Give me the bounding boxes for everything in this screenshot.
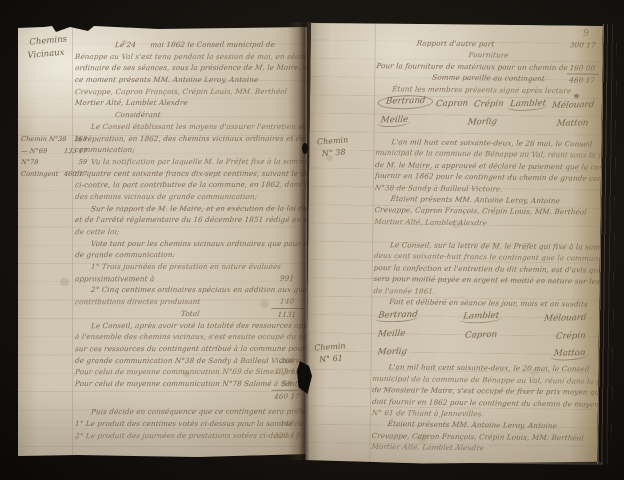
signature-name: Morlig [467, 117, 497, 128]
signature-name: Bertrand [385, 96, 426, 107]
signature-name: Crépin [556, 332, 587, 343]
manuscript-line: de cette loi; [75, 226, 305, 238]
manuscript-line-text: ci-contre, la part contributive de la co… [75, 179, 307, 191]
manuscript-line-text: Puis décide en conséquence que ce contin… [91, 406, 307, 418]
manuscript-line: contributions directes produisant 140 [75, 296, 305, 308]
manuscript-line: 2° Le produit des journées de prestation… [75, 429, 305, 441]
amount-value: 140 [271, 296, 304, 308]
margin-note-chemins-vicinaux: Chemins Vicinaux [29, 33, 69, 62]
manuscript-line: Total 1131 [75, 308, 305, 320]
amount-value: 320 17 [271, 429, 304, 441]
margin-note-line: N° 61 [319, 350, 372, 366]
manuscript-line: Mortier Alté, Lamblet Alexdre [75, 97, 305, 109]
signature: Matton [553, 118, 592, 130]
margin-note-chemin-38: Chemin N° 38 [317, 132, 375, 160]
manuscript-line-text: ce moment présents MM. Antoine Leroy, An… [74, 74, 258, 86]
signature-name: Meille [377, 329, 406, 340]
manuscript-line-text: de grande communication N°38 de Sandy à … [74, 355, 301, 367]
manuscript-line: à l'ensemble des chemins vicinaux, s'est… [75, 331, 305, 343]
signature-name: Meille [380, 115, 409, 126]
margin-table-label: N°78 [21, 157, 39, 169]
manuscript-line: ci-contre, la part contributive de la co… [75, 179, 305, 191]
manuscript-line-text: Étant les membres présents signé après l… [392, 83, 572, 96]
manuscript-line-text: Vu la notification par laquelle M. le Pr… [91, 156, 307, 168]
manuscript-line: Puis décide en conséquence que ce contin… [75, 406, 305, 418]
signature: Bertrand [377, 95, 434, 110]
manuscript-line-text: de l'année 1861. [373, 285, 436, 297]
manuscript-line: Crevappe, Capron François, Crépin Louis,… [75, 86, 305, 98]
amount-value: 1131 [270, 308, 303, 321]
margin-table-label: Chemin N°38 [21, 134, 67, 146]
margin-note-chemin-61: Chemin N° 61 [314, 338, 372, 366]
manuscript-line: Le Conseil établissant les moyens d'assu… [75, 121, 305, 133]
margin-rule [72, 26, 73, 457]
manuscript-line-text: 1° Trois journées de prestation en natur… [90, 261, 281, 273]
signature: Crépin [470, 99, 507, 111]
signature: Meille [374, 329, 409, 341]
manuscript-line-text: approximativement à [75, 273, 155, 285]
signature: Mélouard [540, 313, 590, 325]
manuscript-line: la réparation, en 1862, des chemins vici… [75, 132, 305, 144]
signature: Capron [461, 330, 501, 342]
manuscript-line-text: Le 24 mai 1862 le Conseil municipal de [115, 39, 276, 51]
deliberation-chemin-38-suite: Le Conseil, sur la lettre de M. le Préfe… [373, 239, 598, 310]
manuscript-line: sur ces ressources du contingent attribu… [75, 343, 305, 355]
signature-name: Matton [554, 349, 587, 360]
amount-value: 268 [270, 355, 303, 367]
manuscript-line-text: Crevappe, Capron François, Crépin Louis,… [75, 86, 288, 98]
signature-name: Morlig [377, 347, 407, 358]
manuscript-line: Sur le rapport de M. le Maire, et en exé… [75, 202, 305, 214]
signature-name: Capron [464, 330, 497, 341]
manuscript-line: ordinaire de ses séances, sous la présid… [75, 62, 305, 74]
manuscript-line-text: Vote tant pour les chemins vicinaux ordi… [90, 238, 307, 250]
manuscript-line-text: Bénappe au Val s'est tenu pendant la ses… [74, 51, 307, 63]
manuscript-line-text: Mortier Alté, Lamblet Alexdre [374, 216, 488, 229]
manuscript-line: approximativement à 991 [75, 273, 305, 285]
margin-note-line: N° 38 [321, 144, 374, 160]
archival-scan: Chemins Vicinaux Chemin N°38 268 — N°69 … [0, 0, 624, 480]
manuscript-line-text: sur ces ressources du contingent attribu… [75, 343, 307, 355]
manuscript-line: de grande communication N°38 de Sandy à … [75, 355, 305, 367]
manuscript-line-text: Le Conseil établissant les moyens d'assu… [90, 121, 306, 133]
manuscript-line: 1° Le produit des centimes votés ci-dess… [75, 418, 305, 430]
manuscript-line: de grande communication: [75, 249, 305, 261]
amount-value: 460 17 [270, 389, 303, 402]
margin-table-label: Contingent [21, 169, 59, 181]
amount-value: 140 [270, 418, 303, 430]
signature-name: Capron [436, 98, 469, 109]
deliberation-chemin-61: L'an mil huit cent soixante-deux, le 20 … [371, 361, 596, 455]
signature: Meille [377, 115, 412, 128]
manuscript-line-text: et de l'arrêté réglementaire du 16 décem… [74, 214, 307, 226]
carryover-block: Rapport d'autre part 300 17 Fourniture P… [376, 37, 601, 97]
signature-name: Crépin [474, 99, 505, 110]
signature-name: Mélouard [551, 100, 594, 111]
manuscript-line: Le Conseil, après avoir voté la totalité… [75, 319, 305, 331]
signature: Crépin [553, 331, 590, 343]
page-nick [302, 143, 308, 154]
signature-name: Lamblet [462, 311, 499, 322]
manuscript-line: et de l'arrêté réglementaire du 16 décem… [75, 214, 305, 226]
manuscript-line-text: Mortier Alté, Lamblet Alexdre [371, 441, 485, 454]
manuscript-line-text: Somme pareille au contingent [431, 72, 545, 85]
manuscript-line-text: Sur le rapport de M. le Maire, et en exé… [91, 202, 307, 214]
signature: Morlig [464, 117, 501, 129]
manuscript-line: de quatre cent soixante francs dix-sept … [75, 168, 305, 180]
manuscript-line: Mortier Alté, Lamblet Alexdre [374, 216, 598, 230]
manuscript-line-text: de grande communication: [75, 249, 176, 261]
signature: Lamblet [459, 311, 502, 324]
right-page-text: Rapport d'autre part 300 17 Fourniture P… [371, 37, 600, 455]
signature-name: Mélouard [543, 313, 586, 324]
deliberation-chemin-38: L'an mil huit cent soixante-deux, le 26 … [374, 136, 599, 230]
manuscript-line-text: contributions directes produisant [75, 296, 201, 308]
amount-value: 991 [271, 273, 304, 285]
signature-name: Bertrand [378, 310, 419, 321]
manuscript-line-text: Mortier Alté, Lamblet Alexdre [74, 97, 188, 109]
manuscript-line-text: des chemins vicinaux de grande communica… [74, 191, 257, 203]
manuscript-line: Considérant [75, 109, 305, 121]
manuscript-line: Le 24 mai 1862 le Conseil municipal de [75, 39, 305, 51]
signature: Bertrand [374, 310, 421, 323]
manuscript-line: 2° Cinq centimes ordinaires spéciaux en … [75, 284, 305, 296]
register-right-page: 9 Chemin N° 38 Chemin N° 61 Rapport d'au… [305, 22, 603, 466]
manuscript-line: 460 17 [75, 389, 305, 401]
manuscript-line-text: Considérant [115, 109, 162, 121]
page-number: 9 [583, 29, 589, 39]
manuscript-line: Pour celui de moyenne communication N°78… [75, 378, 305, 390]
manuscript-line-text: Fourniture [468, 49, 509, 61]
margin-heading-line: Vicinaux [27, 46, 69, 62]
manuscript-line-text: communication; [74, 144, 135, 156]
manuscript-line: 1° Trois journées de prestation en natur… [75, 261, 305, 273]
signature: Mélouard [548, 100, 598, 112]
margin-table-label: — N°69 [21, 146, 48, 158]
signature-name: Lamblet [509, 98, 546, 109]
manuscript-line: des chemins vicinaux de grande communica… [75, 191, 305, 203]
manuscript-line-text: la réparation, en 1862, des chemins vici… [75, 132, 307, 144]
manuscript-line-text: de cette loi; [75, 226, 120, 238]
manuscript-line: Mortier Alté, Lamblet Alexdre [371, 441, 595, 455]
manuscript-line-text: 2° Cinq centimes ordinaires spéciaux en … [90, 284, 307, 296]
manuscript-line: communication; [75, 144, 305, 156]
manuscript-line-text: de quatre cent soixante francs dix-sept … [74, 168, 307, 180]
manuscript-line: Bénappe au Val s'est tenu pendant la ses… [75, 51, 305, 63]
manuscript-line: ce moment présents MM. Antoine Leroy, An… [75, 74, 305, 86]
manuscript-line: Pour celui de moyenne communication N°69… [75, 366, 305, 378]
left-page-text: Le 24 mai 1862 le Conseil municipal de B… [75, 39, 305, 441]
register-left-page: Chemins Vicinaux Chemin N°38 268 — N°69 … [18, 26, 307, 457]
manuscript-line-text: ordinaire de ses séances, sous la présid… [75, 62, 307, 74]
signature: Lamblet [506, 98, 549, 111]
signature: Capron [432, 98, 472, 110]
signature: Morlig [374, 347, 411, 359]
manuscript-line-text: Le Conseil, après avoir voté la totalité… [91, 319, 307, 331]
manuscript-line: Vu la notification par laquelle M. le Pr… [75, 156, 305, 168]
signature-name: Matton [557, 118, 590, 129]
amount-value: 300 17 [566, 39, 599, 51]
manuscript-line-text: Total [180, 308, 200, 320]
signature: Matton [550, 348, 589, 361]
manuscript-line: Vote tant pour les chemins vicinaux ordi… [75, 238, 305, 250]
manuscript-line-text: à l'ensemble des chemins vicinaux, s'est… [74, 331, 307, 343]
amount-value: 160 00 [566, 62, 599, 74]
